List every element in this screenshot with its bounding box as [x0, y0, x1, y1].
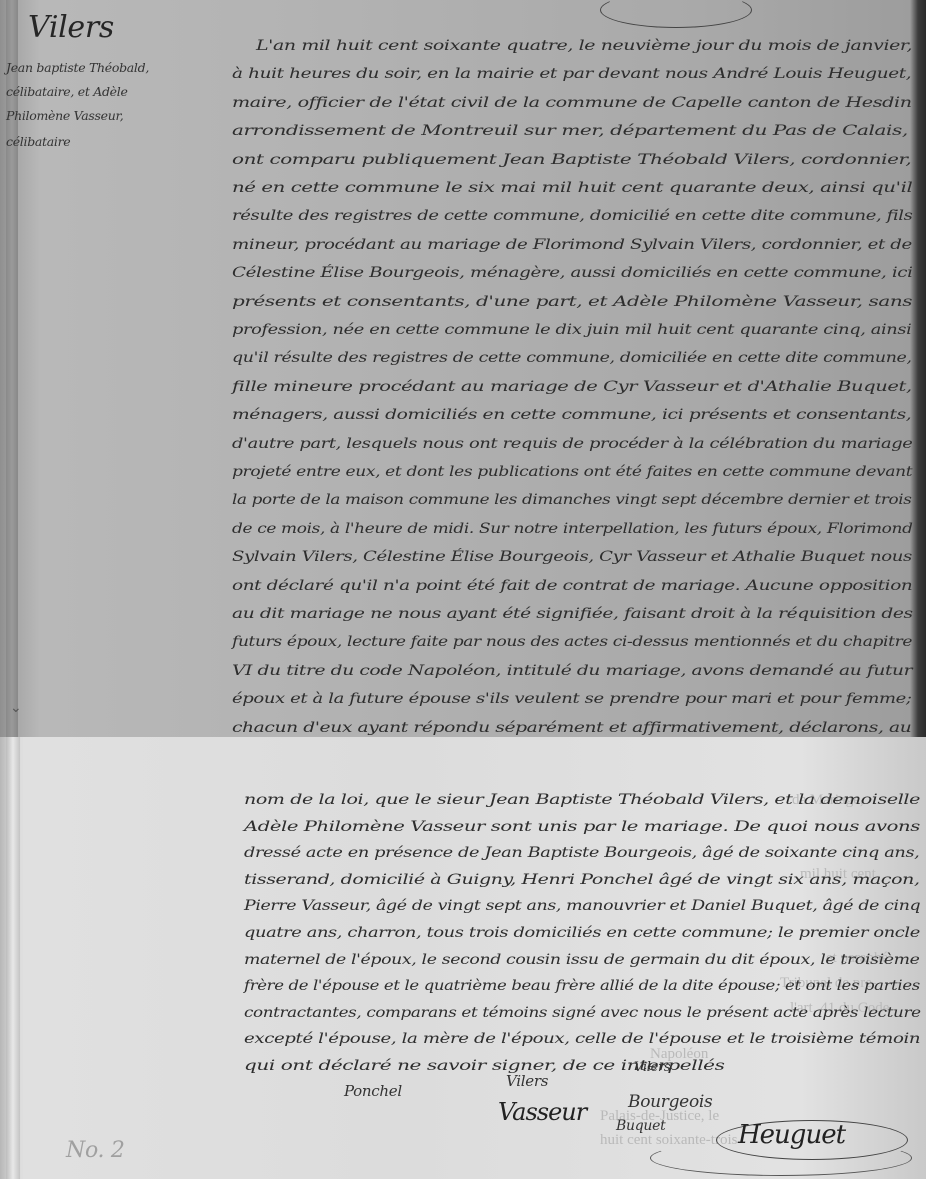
record-line: ont déclaré qu'il n'a point été fait de …: [232, 578, 912, 594]
record-line: maternel de l'époux, le second cousin is…: [244, 952, 920, 968]
record-line: maire, officier de l'état civil de la co…: [232, 95, 912, 111]
signature-vilers-father: Vilers: [634, 1060, 670, 1075]
ink-flourish: [600, 0, 752, 28]
record-line: excepté l'épouse, la mère de l'époux, ce…: [244, 1031, 920, 1047]
margin-line: Jean baptiste Théobald,: [6, 60, 149, 75]
record-line: Célestine Élise Bourgeois, ménagère, aus…: [232, 265, 913, 281]
signature-vilers-groom: Vilers: [506, 1072, 548, 1090]
margin-line: Philomène Vasseur,: [6, 108, 123, 123]
record-line: de ce mois, à l'heure de midi. Sur notre…: [232, 521, 913, 537]
margin-line: célibataire: [6, 134, 70, 149]
record-line: présents et consentants, d'une part, et …: [232, 294, 912, 310]
record-line: ménagers, aussi domiciliés en cette comm…: [232, 407, 911, 423]
record-line: VI du titre du code Napoléon, intitulé d…: [232, 663, 912, 679]
record-line: qu'il résulte des registres de cette com…: [232, 350, 912, 366]
signature-mayor: Heuguet: [738, 1120, 845, 1150]
page-number-marker: No. 2: [66, 1138, 125, 1163]
record-line: né en cette commune le six mai mil huit …: [232, 180, 912, 196]
record-line: contractantes, comparans et témoins sign…: [244, 1005, 921, 1021]
record-line: la porte de la maison commune les dimanc…: [232, 492, 912, 508]
record-line: chacun d'eux ayant répondu séparément et…: [232, 720, 911, 736]
margin-line: célibataire, et Adèle: [6, 84, 128, 99]
signature-buquet: Buquet: [616, 1118, 665, 1134]
record-line: frère de l'épouse et le quatrième beau f…: [244, 978, 920, 994]
record-line: nom de la loi, que le sieur Jean Baptist…: [244, 792, 920, 808]
register-page-top-scan: Vilers Jean baptiste Théobald, célibatai…: [0, 0, 926, 737]
record-line: à huit heures du soir, en la mairie et p…: [232, 66, 911, 82]
margin-check-mark: ⌄: [10, 700, 22, 716]
record-line: futurs époux, lecture faite par nous des…: [232, 634, 912, 650]
record-line: L'an mil huit cent soixante quatre, le n…: [256, 38, 912, 54]
record-line: Adèle Philomène Vasseur sont unis par le…: [244, 819, 920, 835]
record-line: dressé acte en présence de Jean Baptiste…: [244, 845, 919, 861]
record-line: d'autre part, lesquels nous ont requis d…: [232, 436, 912, 452]
record-line: mineur, procédant au mariage de Florimon…: [232, 237, 912, 253]
record-line: au dit mariage ne nous ayant été signifi…: [232, 606, 913, 622]
record-line: fille mineure procédant au mariage de Cy…: [232, 379, 912, 395]
margin-surname: Vilers: [28, 10, 114, 45]
record-line: ont comparu publiquement Jean Baptiste T…: [232, 152, 911, 168]
record-line: tisserand, domicilié à Guigny, Henri Pon…: [244, 872, 920, 888]
record-line: époux et à la future épouse s'ils veulen…: [232, 691, 912, 707]
record-line: projeté entre eux, et dont les publicati…: [232, 464, 912, 480]
record-line: résulte des registres de cette commune, …: [232, 208, 913, 224]
record-line: Sylvain Vilers, Célestine Élise Bourgeoi…: [232, 549, 912, 565]
record-line: profession, née en cette commune le dix …: [232, 322, 911, 338]
signature-vasseur: Vasseur: [498, 1098, 586, 1126]
record-line: quatre ans, charron, tous trois domicili…: [244, 925, 920, 941]
signature-ponchel: Ponchel: [344, 1082, 402, 1100]
record-line: Pierre Vasseur, âgé de vingt sept ans, m…: [244, 898, 920, 914]
signature-bourgeois: Bourgeois: [628, 1092, 712, 1112]
page-binding-edge: [6, 737, 20, 1179]
record-line: arrondissement de Montreuil sur mer, dép…: [232, 123, 908, 139]
